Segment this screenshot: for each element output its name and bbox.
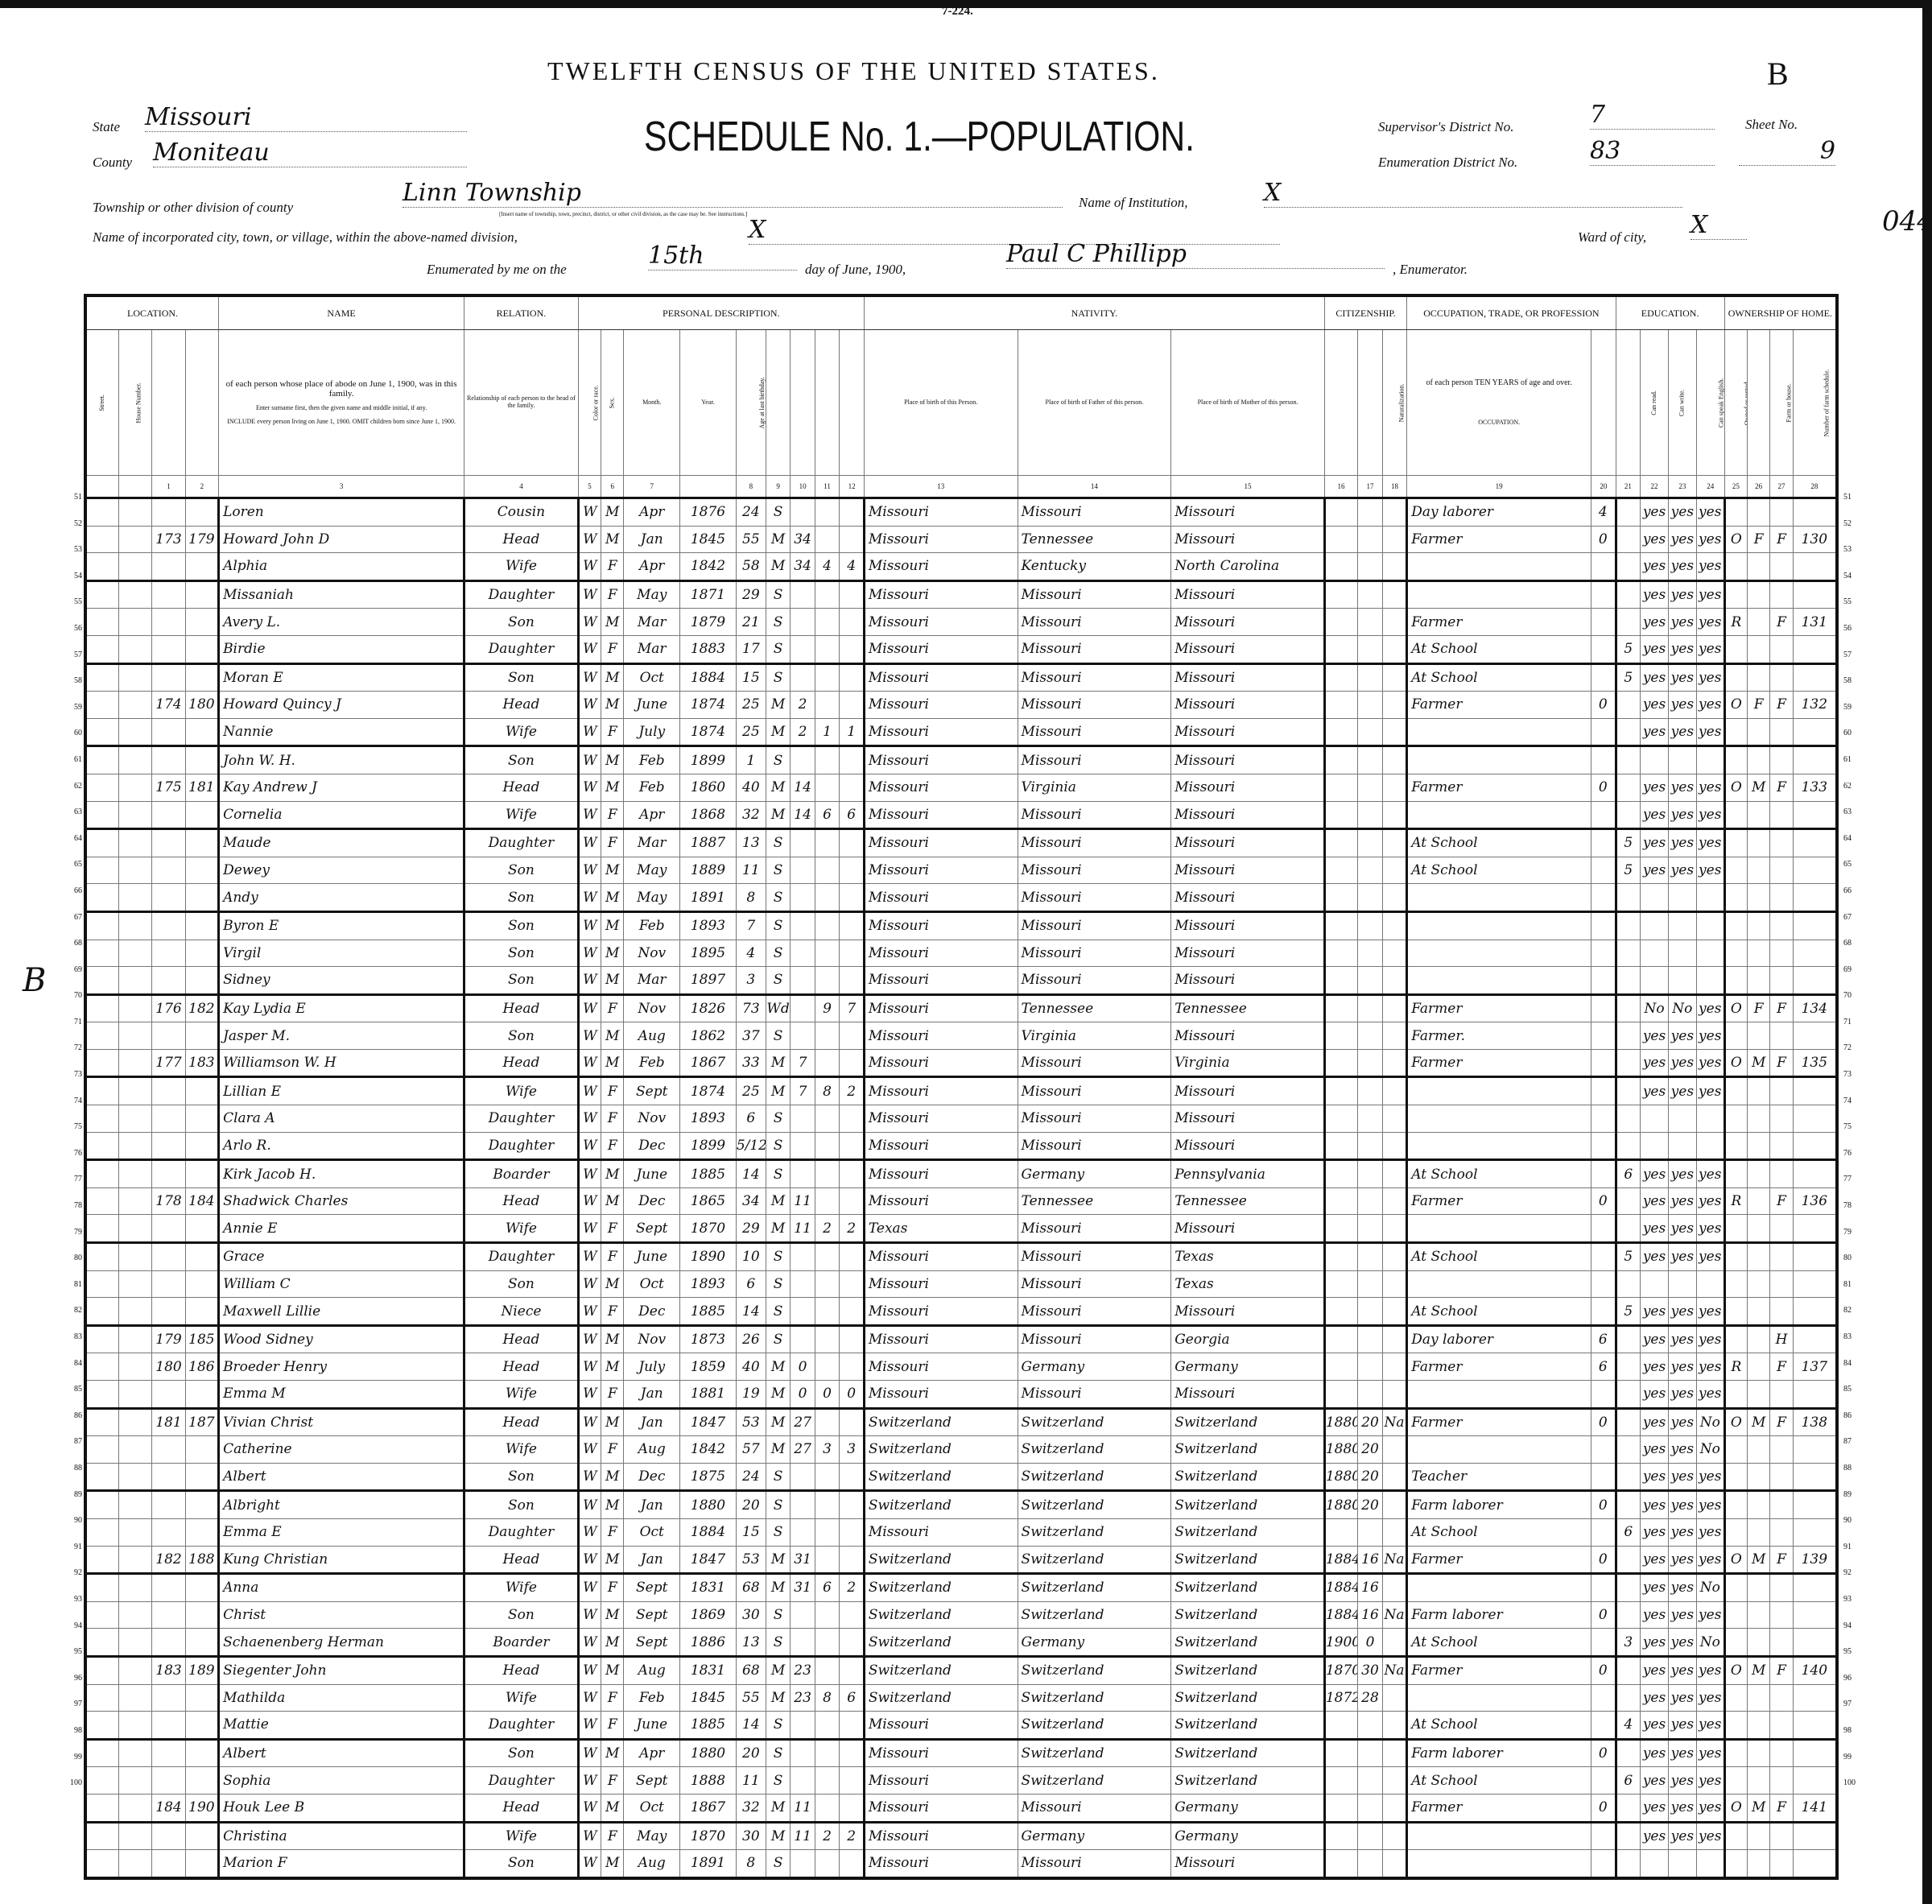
free-mortgaged-cell bbox=[1748, 1132, 1770, 1160]
farm-house-cell bbox=[1770, 1491, 1793, 1519]
birthplace-person-cell: Missouri bbox=[864, 994, 1018, 1022]
free-mortgaged-cell bbox=[1748, 1850, 1770, 1878]
free-mortgaged-cell bbox=[1748, 1629, 1770, 1657]
col-name-desc: of each person whose place of abode on J… bbox=[219, 330, 464, 476]
margin-letter: B bbox=[23, 962, 46, 999]
farm-schedule-cell: 130 bbox=[1793, 526, 1837, 553]
farm-house-cell bbox=[1770, 498, 1793, 527]
street-cell bbox=[85, 1463, 118, 1491]
col-can-read: Can read. bbox=[1641, 330, 1669, 476]
free-mortgaged-cell bbox=[1748, 1518, 1770, 1546]
school-months-cell bbox=[1616, 1850, 1641, 1878]
age-cell: 15 bbox=[736, 1518, 766, 1546]
birthplace-mother-cell: Missouri bbox=[1171, 609, 1325, 636]
children-living-cell bbox=[840, 1022, 865, 1050]
person-name-cell: Clara A bbox=[219, 1105, 464, 1133]
can-read-cell: yes bbox=[1641, 1491, 1669, 1519]
birthplace-person-cell: Missouri bbox=[864, 1022, 1018, 1050]
age-cell: 1 bbox=[736, 746, 766, 774]
naturalization-cell bbox=[1382, 857, 1407, 884]
birthplace-person-cell: Missouri bbox=[864, 498, 1018, 527]
farm-schedule-cell bbox=[1793, 1270, 1837, 1298]
family-number-cell bbox=[185, 967, 218, 995]
line-number: 85 bbox=[58, 1377, 82, 1403]
school-months-cell bbox=[1616, 1574, 1641, 1602]
column-number: 11 bbox=[815, 476, 840, 498]
children-living-cell: 4 bbox=[840, 553, 865, 581]
group-occupation: OCCUPATION, TRADE, OR PROFESSION bbox=[1407, 295, 1616, 330]
line-number: 58 bbox=[1843, 668, 1876, 695]
table-row: 174180Howard Quincy JHeadWMJune187425M2M… bbox=[85, 692, 1837, 719]
color-cell: W bbox=[578, 1436, 601, 1464]
age-cell: 55 bbox=[736, 526, 766, 553]
can-speak-english-cell: yes bbox=[1696, 1381, 1724, 1409]
naturalization-cell bbox=[1382, 1794, 1407, 1822]
immigration-year-cell bbox=[1324, 498, 1357, 527]
years-in-us-cell bbox=[1358, 663, 1383, 692]
farm-house-cell: H bbox=[1770, 1325, 1793, 1353]
months-unemployed-cell bbox=[1591, 1712, 1616, 1740]
years-in-us-cell bbox=[1358, 1850, 1383, 1878]
years-in-us-cell bbox=[1358, 1794, 1383, 1822]
family-number-cell bbox=[185, 884, 218, 912]
farm-schedule-cell bbox=[1793, 967, 1837, 995]
schedule-title: SCHEDULE No. 1.—POPULATION. bbox=[644, 113, 1195, 161]
street-cell bbox=[85, 1298, 118, 1326]
months-unemployed-cell bbox=[1591, 1022, 1616, 1050]
table-row: SidneySonWMMar18973SMissouriMissouriMiss… bbox=[85, 967, 1837, 995]
immigration-year-cell bbox=[1324, 1712, 1357, 1740]
line-number: 71 bbox=[1843, 1010, 1876, 1036]
line-number: 75 bbox=[1843, 1114, 1876, 1141]
birthplace-person-cell: Missouri bbox=[864, 801, 1018, 829]
immigration-year-cell bbox=[1324, 1270, 1357, 1298]
can-read-cell: yes bbox=[1641, 1436, 1669, 1464]
sex-cell: M bbox=[601, 1601, 624, 1629]
owned-rented-cell: O bbox=[1724, 994, 1747, 1022]
farm-house-cell bbox=[1770, 1132, 1793, 1160]
farm-house-cell: F bbox=[1770, 526, 1793, 553]
color-cell: W bbox=[578, 1546, 601, 1574]
naturalization-cell bbox=[1382, 498, 1407, 527]
can-write-cell bbox=[1668, 1105, 1696, 1133]
birth-month-cell: Sept bbox=[624, 1767, 680, 1795]
color-cell: W bbox=[578, 1187, 601, 1215]
owned-rented-cell: O bbox=[1724, 1546, 1747, 1574]
column-number: 16 bbox=[1324, 476, 1357, 498]
house-number-cell bbox=[118, 1270, 151, 1298]
school-months-cell bbox=[1616, 1656, 1641, 1684]
farm-house-cell bbox=[1770, 967, 1793, 995]
age-cell: 11 bbox=[736, 857, 766, 884]
line-number: 98 bbox=[1843, 1718, 1876, 1745]
birthplace-person-cell: Switzerland bbox=[864, 1408, 1018, 1436]
birth-year-cell: 1889 bbox=[680, 857, 737, 884]
occupation-cell: Farmer bbox=[1407, 1546, 1591, 1574]
street-cell bbox=[85, 1436, 118, 1464]
col-immigration-year: Year of immigration to the United States… bbox=[1324, 330, 1357, 476]
school-months-cell: 5 bbox=[1616, 857, 1641, 884]
sex-cell: F bbox=[601, 1574, 624, 1602]
relation-cell: Head bbox=[464, 1049, 579, 1077]
birth-year-cell: 1899 bbox=[680, 746, 737, 774]
can-write-cell: yes bbox=[1668, 1325, 1696, 1353]
house-number-cell bbox=[118, 526, 151, 553]
school-months-cell: 5 bbox=[1616, 829, 1641, 857]
can-speak-english-cell bbox=[1696, 1270, 1724, 1298]
marital-status-cell: S bbox=[766, 1105, 791, 1133]
sex-cell: M bbox=[601, 1049, 624, 1077]
street-cell bbox=[85, 1574, 118, 1602]
color-cell: W bbox=[578, 1767, 601, 1795]
relation-cell: Wife bbox=[464, 553, 579, 581]
birth-month-cell: Sept bbox=[624, 1077, 680, 1105]
family-number-cell bbox=[185, 1436, 218, 1464]
column-number: 5 bbox=[578, 476, 601, 498]
birth-month-cell: Apr bbox=[624, 553, 680, 581]
birthplace-mother-cell: Missouri bbox=[1171, 526, 1325, 553]
years-in-us-cell: 20 bbox=[1358, 1491, 1383, 1519]
free-mortgaged-cell bbox=[1748, 1215, 1770, 1243]
school-months-cell bbox=[1616, 940, 1641, 967]
color-cell: W bbox=[578, 857, 601, 884]
mother-of-cell: 2 bbox=[815, 1822, 840, 1850]
person-name-cell: Grace bbox=[219, 1243, 464, 1271]
years-married-cell bbox=[791, 994, 815, 1022]
street-cell bbox=[85, 857, 118, 884]
free-mortgaged-cell bbox=[1748, 884, 1770, 912]
mother-of-cell bbox=[815, 1408, 840, 1436]
relation-cell: Daughter bbox=[464, 1132, 579, 1160]
occupation-cell: Farmer bbox=[1407, 774, 1591, 801]
school-months-cell bbox=[1616, 884, 1641, 912]
months-unemployed-cell bbox=[1591, 884, 1616, 912]
naturalization-cell bbox=[1382, 829, 1407, 857]
mother-of-cell bbox=[815, 1463, 840, 1491]
naturalization-cell bbox=[1382, 635, 1407, 663]
farm-house-cell bbox=[1770, 1022, 1793, 1050]
age-cell: 19 bbox=[736, 1381, 766, 1409]
birthplace-mother-cell: Missouri bbox=[1171, 774, 1325, 801]
months-unemployed-cell: 6 bbox=[1591, 1353, 1616, 1381]
children-living-cell bbox=[840, 1463, 865, 1491]
naturalization-cell: Na bbox=[1382, 1408, 1407, 1436]
color-cell: W bbox=[578, 1243, 601, 1271]
person-name-cell: Marion F bbox=[219, 1850, 464, 1878]
months-unemployed-cell bbox=[1591, 1077, 1616, 1105]
relation-cell: Head bbox=[464, 1187, 579, 1215]
children-living-cell bbox=[840, 498, 865, 527]
birthplace-mother-cell: Switzerland bbox=[1171, 1436, 1325, 1464]
street-cell bbox=[85, 967, 118, 995]
family-number-cell bbox=[185, 609, 218, 636]
farm-house-cell: F bbox=[1770, 1353, 1793, 1381]
dwelling-number-cell: 184 bbox=[152, 1794, 185, 1822]
free-mortgaged-cell bbox=[1748, 1353, 1770, 1381]
mother-of-cell: 0 bbox=[815, 1381, 840, 1409]
farm-house-cell bbox=[1770, 1243, 1793, 1271]
family-number-cell: 185 bbox=[185, 1325, 218, 1353]
sex-cell: F bbox=[601, 994, 624, 1022]
birthplace-mother-cell: Missouri bbox=[1171, 911, 1325, 940]
birth-year-cell: 1893 bbox=[680, 1105, 737, 1133]
marital-status-cell: S bbox=[766, 663, 791, 692]
can-speak-english-cell: yes bbox=[1696, 829, 1724, 857]
free-mortgaged-cell bbox=[1748, 1160, 1770, 1188]
line-number: 94 bbox=[58, 1613, 82, 1640]
person-name-cell: Maude bbox=[219, 829, 464, 857]
owned-rented-cell bbox=[1724, 1105, 1747, 1133]
dwelling-number-cell bbox=[152, 1215, 185, 1243]
children-living-cell bbox=[840, 967, 865, 995]
birthplace-father-cell: Missouri bbox=[1018, 801, 1171, 829]
birthplace-father-cell: Missouri bbox=[1018, 911, 1171, 940]
person-name-cell: Maxwell Lillie bbox=[219, 1298, 464, 1326]
farm-schedule-cell bbox=[1793, 663, 1837, 692]
can-speak-english-cell: yes bbox=[1696, 1463, 1724, 1491]
can-speak-english-cell: yes bbox=[1696, 994, 1724, 1022]
farm-house-cell: F bbox=[1770, 994, 1793, 1022]
table-row: CatherineWifeWFAug184257M2733Switzerland… bbox=[85, 1436, 1837, 1464]
dwelling-number-cell: 176 bbox=[152, 994, 185, 1022]
marital-status-cell: M bbox=[766, 1353, 791, 1381]
immigration-year-cell: 1884 bbox=[1324, 1546, 1357, 1574]
months-unemployed-cell bbox=[1591, 1822, 1616, 1850]
family-number-cell bbox=[185, 1822, 218, 1850]
line-number: 79 bbox=[1843, 1220, 1876, 1246]
birthplace-mother-cell: Switzerland bbox=[1171, 1767, 1325, 1795]
birth-month-cell: Mar bbox=[624, 635, 680, 663]
birth-year-cell: 1879 bbox=[680, 609, 737, 636]
farm-schedule-cell bbox=[1793, 1215, 1837, 1243]
family-number-cell bbox=[185, 746, 218, 774]
birthplace-father-cell: Tennessee bbox=[1018, 994, 1171, 1022]
table-row: LorenCousinWMApr187624SMissouriMissouriM… bbox=[85, 498, 1837, 527]
age-cell: 15 bbox=[736, 663, 766, 692]
farm-schedule-cell bbox=[1793, 1822, 1837, 1850]
age-cell: 20 bbox=[736, 1739, 766, 1767]
sex-cell: M bbox=[601, 1491, 624, 1519]
line-numbers-left: 5152535455565758596061626364656667686970… bbox=[58, 485, 82, 1797]
col-birth-father: Place of birth of Father of this person. bbox=[1018, 330, 1171, 476]
line-number: 92 bbox=[58, 1560, 82, 1587]
months-unemployed-cell bbox=[1591, 1215, 1616, 1243]
table-row: 183189Siegenter JohnHeadWMAug183168M23Sw… bbox=[85, 1656, 1837, 1684]
age-cell: 26 bbox=[736, 1325, 766, 1353]
occupation-cell: Farmer bbox=[1407, 1049, 1591, 1077]
can-read-cell: yes bbox=[1641, 635, 1669, 663]
birthplace-person-cell: Missouri bbox=[864, 692, 1018, 719]
dwelling-number-cell bbox=[152, 718, 185, 746]
children-living-cell bbox=[840, 1187, 865, 1215]
dwelling-number-cell bbox=[152, 829, 185, 857]
sex-cell: F bbox=[601, 553, 624, 581]
street-cell bbox=[85, 884, 118, 912]
free-mortgaged-cell bbox=[1748, 553, 1770, 581]
naturalization-cell bbox=[1382, 1105, 1407, 1133]
table-row: AnnaWifeWFSept183168M3162SwitzerlandSwit… bbox=[85, 1574, 1837, 1602]
house-number-cell bbox=[118, 1794, 151, 1822]
relation-cell: Daughter bbox=[464, 1105, 579, 1133]
relation-cell: Daughter bbox=[464, 829, 579, 857]
age-cell: 6 bbox=[736, 1270, 766, 1298]
farm-schedule-cell: 137 bbox=[1793, 1353, 1837, 1381]
owned-rented-cell: O bbox=[1724, 1408, 1747, 1436]
months-unemployed-cell: 0 bbox=[1591, 1546, 1616, 1574]
school-months-cell bbox=[1616, 1463, 1641, 1491]
dwelling-number-cell bbox=[152, 801, 185, 829]
occupation-cell bbox=[1407, 1077, 1591, 1105]
occupation-cell: At School bbox=[1407, 1712, 1591, 1740]
birth-year-cell: 1881 bbox=[680, 1381, 737, 1409]
house-number-cell bbox=[118, 1381, 151, 1409]
house-number-cell bbox=[118, 1518, 151, 1546]
occupation-cell: At School bbox=[1407, 829, 1591, 857]
owned-rented-cell bbox=[1724, 1298, 1747, 1326]
birthplace-father-cell: Germany bbox=[1018, 1822, 1171, 1850]
years-married-cell bbox=[791, 1739, 815, 1767]
can-speak-english-cell: yes bbox=[1696, 580, 1724, 609]
immigration-year-cell bbox=[1324, 1132, 1357, 1160]
table-row: AndySonWMMay18918SMissouriMissouriMissou… bbox=[85, 884, 1837, 912]
birthplace-mother-cell: Germany bbox=[1171, 1353, 1325, 1381]
farm-house-cell bbox=[1770, 911, 1793, 940]
relation-cell: Daughter bbox=[464, 1767, 579, 1795]
occupation-cell: Farmer bbox=[1407, 609, 1591, 636]
occupation-cell bbox=[1407, 911, 1591, 940]
birth-year-cell: 1831 bbox=[680, 1574, 737, 1602]
age-cell: 53 bbox=[736, 1408, 766, 1436]
birthplace-person-cell: Missouri bbox=[864, 1767, 1018, 1795]
person-name-cell: Missaniah bbox=[219, 580, 464, 609]
family-number-cell bbox=[185, 1243, 218, 1271]
owned-rented-cell bbox=[1724, 1463, 1747, 1491]
free-mortgaged-cell bbox=[1748, 1574, 1770, 1602]
sex-cell: M bbox=[601, 1739, 624, 1767]
house-number-cell bbox=[118, 1850, 151, 1878]
birthplace-father-cell: Missouri bbox=[1018, 1325, 1171, 1353]
can-read-cell: yes bbox=[1641, 829, 1669, 857]
color-cell: W bbox=[578, 1105, 601, 1133]
birth-month-cell: Aug bbox=[624, 1656, 680, 1684]
owned-rented-cell bbox=[1724, 1601, 1747, 1629]
can-speak-english-cell bbox=[1696, 884, 1724, 912]
children-living-cell bbox=[840, 1850, 865, 1878]
birth-year-cell: 1871 bbox=[680, 580, 737, 609]
color-cell: W bbox=[578, 1132, 601, 1160]
birthplace-person-cell: Missouri bbox=[864, 1739, 1018, 1767]
relation-cell: Boarder bbox=[464, 1629, 579, 1657]
can-read-cell: yes bbox=[1641, 1022, 1669, 1050]
can-read-cell: yes bbox=[1641, 1353, 1669, 1381]
farm-schedule-cell bbox=[1793, 1712, 1837, 1740]
farm-house-cell: F bbox=[1770, 692, 1793, 719]
birthplace-mother-cell: Missouri bbox=[1171, 580, 1325, 609]
occupation-cell bbox=[1407, 1436, 1591, 1464]
owned-rented-cell: O bbox=[1724, 1656, 1747, 1684]
marital-status-cell: M bbox=[766, 1187, 791, 1215]
person-name-cell: Mattie bbox=[219, 1712, 464, 1740]
can-read-cell: yes bbox=[1641, 1463, 1669, 1491]
birthplace-father-cell: Missouri bbox=[1018, 1794, 1171, 1822]
naturalization-cell bbox=[1382, 1243, 1407, 1271]
children-living-cell bbox=[840, 1739, 865, 1767]
line-number: 89 bbox=[1843, 1482, 1876, 1509]
sex-cell: F bbox=[601, 801, 624, 829]
mother-of-cell bbox=[815, 1794, 840, 1822]
can-read-cell: yes bbox=[1641, 774, 1669, 801]
can-speak-english-cell: yes bbox=[1696, 801, 1724, 829]
naturalization-cell bbox=[1382, 994, 1407, 1022]
sex-cell: M bbox=[601, 1850, 624, 1878]
birthplace-mother-cell: Missouri bbox=[1171, 1298, 1325, 1326]
enumerator-label: , Enumerator. bbox=[1393, 262, 1468, 278]
months-unemployed-cell bbox=[1591, 1270, 1616, 1298]
street-cell bbox=[85, 1049, 118, 1077]
sex-cell: F bbox=[601, 1436, 624, 1464]
years-married-cell: 0 bbox=[791, 1381, 815, 1409]
person-name-cell: Howard Quincy J bbox=[219, 692, 464, 719]
street-cell bbox=[85, 526, 118, 553]
line-number: 79 bbox=[58, 1220, 82, 1246]
can-write-cell: yes bbox=[1668, 1408, 1696, 1436]
age-cell: 8 bbox=[736, 1850, 766, 1878]
table-row: ChristSonWMSept186930SSwitzerlandSwitzer… bbox=[85, 1601, 1837, 1629]
column-number bbox=[118, 476, 151, 498]
table-row: Moran ESonWMOct188415SMissouriMissouriMi… bbox=[85, 663, 1837, 692]
age-cell: 29 bbox=[736, 580, 766, 609]
years-married-cell bbox=[791, 940, 815, 967]
mother-of-cell bbox=[815, 1187, 840, 1215]
person-name-cell: Albright bbox=[219, 1491, 464, 1519]
col-years-married: Number of years married. bbox=[791, 330, 815, 476]
farm-house-cell: F bbox=[1770, 1794, 1793, 1822]
marital-status-cell: S bbox=[766, 746, 791, 774]
occupation-cell: Day laborer bbox=[1407, 498, 1591, 527]
table-row: Emma MWifeWFJan188119M000MissouriMissour… bbox=[85, 1381, 1837, 1409]
years-in-us-cell bbox=[1358, 1270, 1383, 1298]
ward-label: Ward of city, bbox=[1578, 229, 1646, 246]
sex-cell: F bbox=[601, 1767, 624, 1795]
relation-cell: Wife bbox=[464, 1822, 579, 1850]
sex-cell: M bbox=[601, 1408, 624, 1436]
years-in-us-cell bbox=[1358, 1712, 1383, 1740]
free-mortgaged-cell bbox=[1748, 1187, 1770, 1215]
birth-month-cell: Aug bbox=[624, 1022, 680, 1050]
house-number-cell bbox=[118, 1574, 151, 1602]
table-row: MattieDaughterWFJune188514SMissouriSwitz… bbox=[85, 1712, 1837, 1740]
color-cell: W bbox=[578, 1601, 601, 1629]
line-number: 75 bbox=[58, 1114, 82, 1141]
person-name-cell: Catherine bbox=[219, 1436, 464, 1464]
years-married-cell: 2 bbox=[791, 718, 815, 746]
can-read-cell: yes bbox=[1641, 1574, 1669, 1602]
family-number-cell bbox=[185, 498, 218, 527]
years-married-cell: 31 bbox=[791, 1574, 815, 1602]
person-name-cell: Kirk Jacob H. bbox=[219, 1160, 464, 1188]
family-number-cell bbox=[185, 911, 218, 940]
school-months-cell bbox=[1616, 967, 1641, 995]
years-in-us-cell bbox=[1358, 1215, 1383, 1243]
col-dwelling: Number of dwelling house, in the order o… bbox=[152, 330, 185, 476]
years-married-cell bbox=[791, 1491, 815, 1519]
house-number-cell bbox=[118, 1105, 151, 1133]
years-married-cell: 11 bbox=[791, 1822, 815, 1850]
line-number: 64 bbox=[58, 826, 82, 853]
birthplace-father-cell: Switzerland bbox=[1018, 1601, 1171, 1629]
family-number-cell bbox=[185, 1132, 218, 1160]
farm-house-cell: F bbox=[1770, 1546, 1793, 1574]
